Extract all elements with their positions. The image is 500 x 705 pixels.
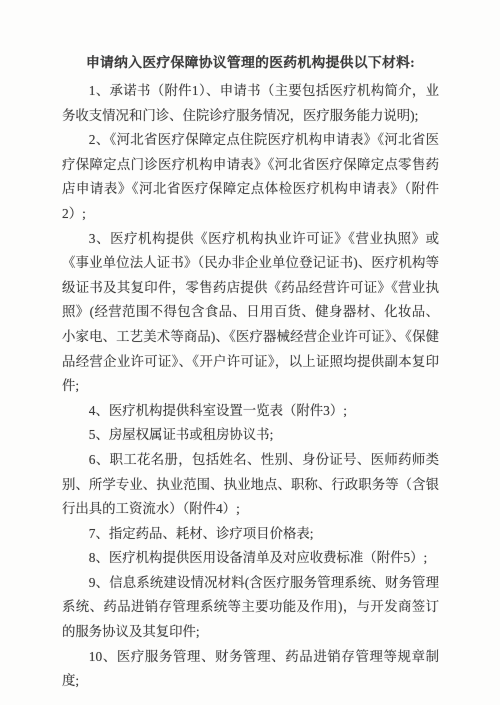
list-item: 9、信息系统建设情况材料(含医疗服务管理系统、财务管理系统、药品进销存管理系统等… [62, 571, 439, 645]
list-item: 4、医疗机构提供科室设置一览表（附件3）; [62, 399, 439, 424]
document-page: 申请纳入医疗保障协议管理的医药机构提供以下材料: 1、承诺书（附件1）、申请书（… [0, 0, 500, 705]
list-item: 7、指定药品、耗材、诊疗项目价格表; [62, 522, 439, 547]
list-item: 1、承诺书（附件1）、申请书（主要包括医疗机构简介，业务收支情况和门诊、住院诊疗… [62, 79, 439, 128]
list-item: 5、房屋权属证书或租房协议书; [62, 423, 439, 448]
list-item: 3、医疗机构提供《医疗机构执业许可证》《营业执照》或《事业单位法人证书》（民办非… [62, 227, 439, 399]
list-item: 2、《河北省医疗保障定点住院医疗机构申请表》《河北省医疗保障定点门诊医疗机构申请… [62, 128, 439, 226]
page-number: 3 [0, 651, 500, 661]
document-content: 申请纳入医疗保障协议管理的医药机构提供以下材料: 1、承诺书（附件1）、申请书（… [62, 50, 439, 694]
list-item: 8、医疗机构提供医用设备清单及对应收费标准（附件5）; [62, 546, 439, 571]
page-title: 申请纳入医疗保障协议管理的医药机构提供以下材料: [62, 50, 439, 75]
list-item: 6、职工花名册，包括姓名、性别、身份证号、医师药师类别、所学专业、执业范围、执业… [62, 448, 439, 522]
